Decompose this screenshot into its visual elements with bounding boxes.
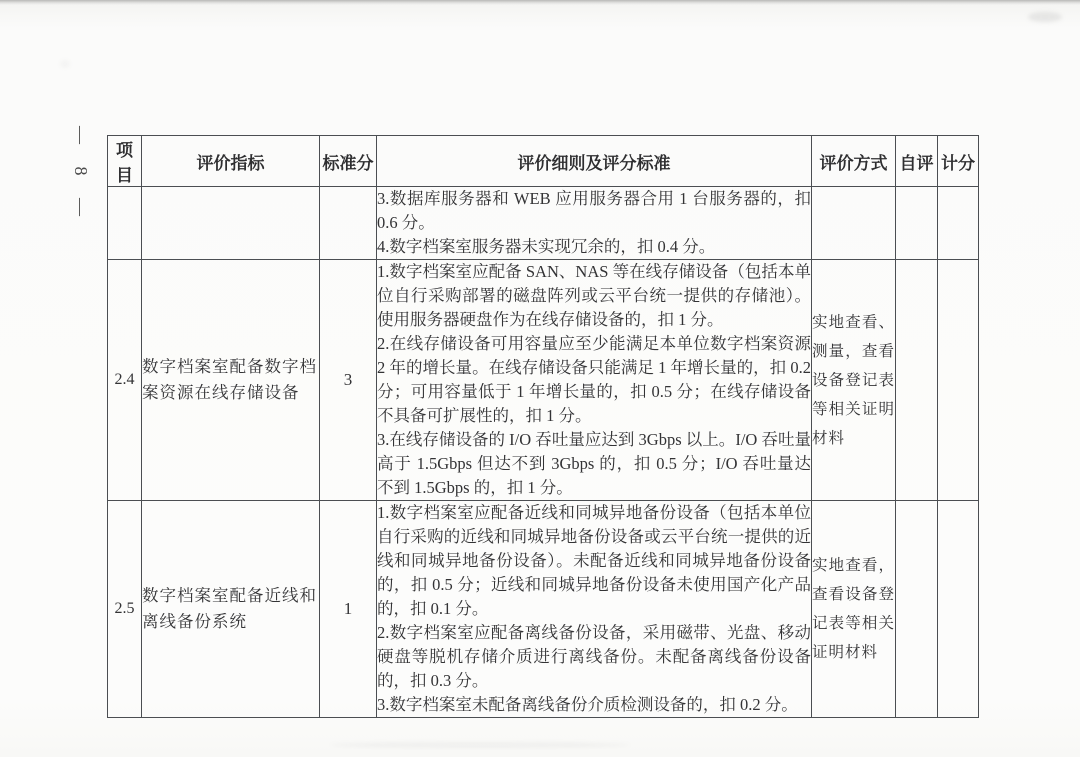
criteria-paragraph: 2.数字档案室应配备离线备份设备，采用磁带、光盘、移动硬盘等脱机存储介质进行离线… [377, 621, 811, 693]
table-row-continuation: 3.数据库服务器和 WEB 应用服务器合用 1 台服务器的，扣 0.6 分。 4… [108, 187, 979, 260]
cell-item: 2.5 [108, 501, 142, 718]
cell-method: 实地查看，查看设备登记表等相关证明材料 [812, 501, 896, 718]
cell-self-score [896, 501, 938, 718]
cell-criteria: 1.数字档案室应配备 SAN、NAS 等在线存储设备（包括本单位自行采购部署的磁… [377, 260, 812, 501]
table-row-2-4: 2.4 数字档案室配备数字档案资源在线存储设备 3 1.数字档案室应配备 SAN… [108, 260, 979, 501]
cell-criteria: 3.数据库服务器和 WEB 应用服务器合用 1 台服务器的，扣 0.6 分。 4… [377, 187, 812, 260]
cell-method [812, 187, 896, 260]
cell-indicator: 数字档案室配备近线和离线备份系统 [142, 501, 320, 718]
cell-indicator [142, 187, 320, 260]
criteria-paragraph: 3.在线存储设备的 I/O 吞吐量应达到 3Gbps 以上。I/O 吞吐量高于 … [377, 428, 811, 500]
col-header-final: 计分 [938, 136, 979, 187]
cell-criteria: 1.数字档案室应配备近线和同城异地备份设备（包括本单位自行采购的近线和同城异地备… [377, 501, 812, 718]
criteria-paragraph: 1.数字档案室应配备近线和同城异地备份设备（包括本单位自行采购的近线和同城异地备… [377, 501, 811, 621]
cell-score [320, 187, 377, 260]
cell-item: 2.4 [108, 260, 142, 501]
cell-final-score [938, 501, 979, 718]
cell-score: 3 [320, 260, 377, 501]
cell-final-score [938, 260, 979, 501]
col-header-self: 自评 [896, 136, 938, 187]
cell-indicator: 数字档案室配备数字档案资源在线存储设备 [142, 260, 320, 501]
scan-smudge [1028, 12, 1062, 22]
cell-score: 1 [320, 501, 377, 718]
cell-self-score [896, 187, 938, 260]
col-header-item: 项目 [108, 136, 142, 187]
scan-smudge [60, 60, 70, 68]
col-header-criteria: 评价细则及评分标准 [377, 136, 812, 187]
scan-smudge [330, 742, 630, 748]
col-header-method: 评价方式 [812, 136, 896, 187]
criteria-paragraph: 3.数据库服务器和 WEB 应用服务器合用 1 台服务器的，扣 0.6 分。 [377, 187, 811, 235]
col-header-indicator: 评价指标 [142, 136, 320, 187]
cell-final-score [938, 187, 979, 260]
cell-item [108, 187, 142, 260]
header-row: 项目 评价指标 标准分 评价细则及评分标准 评价方式 自评 计分 [108, 136, 979, 187]
criteria-paragraph: 4.数字档案室服务器未实现冗余的，扣 0.4 分。 [377, 235, 811, 259]
scanned-document-page: — 8 — 项目 评价指标 标准分 评价细则及评分标准 评价方式 自评 计分 [0, 0, 1080, 757]
cell-method: 实地查看、测量，查看设备登记表等相关证明材料 [812, 260, 896, 501]
col-header-score: 标准分 [320, 136, 377, 187]
page-number: — 8 — [70, 126, 91, 225]
evaluation-criteria-table: 项目 评价指标 标准分 评价细则及评分标准 评价方式 自评 计分 3.数据库服务… [107, 135, 979, 718]
criteria-paragraph: 3.数字档案室未配备离线备份介质检测设备的，扣 0.2 分。 [377, 693, 811, 717]
table-row-2-5: 2.5 数字档案室配备近线和离线备份系统 1 1.数字档案室应配备近线和同城异地… [108, 501, 979, 718]
criteria-paragraph: 1.数字档案室应配备 SAN、NAS 等在线存储设备（包括本单位自行采购部署的磁… [377, 260, 811, 332]
cell-self-score [896, 260, 938, 501]
scan-edge-shadow [0, 0, 1080, 5]
criteria-paragraph: 2.在线存储设备可用容量应至少能满足本单位数字档案资源 2 年的增长量。在线存储… [377, 332, 811, 428]
